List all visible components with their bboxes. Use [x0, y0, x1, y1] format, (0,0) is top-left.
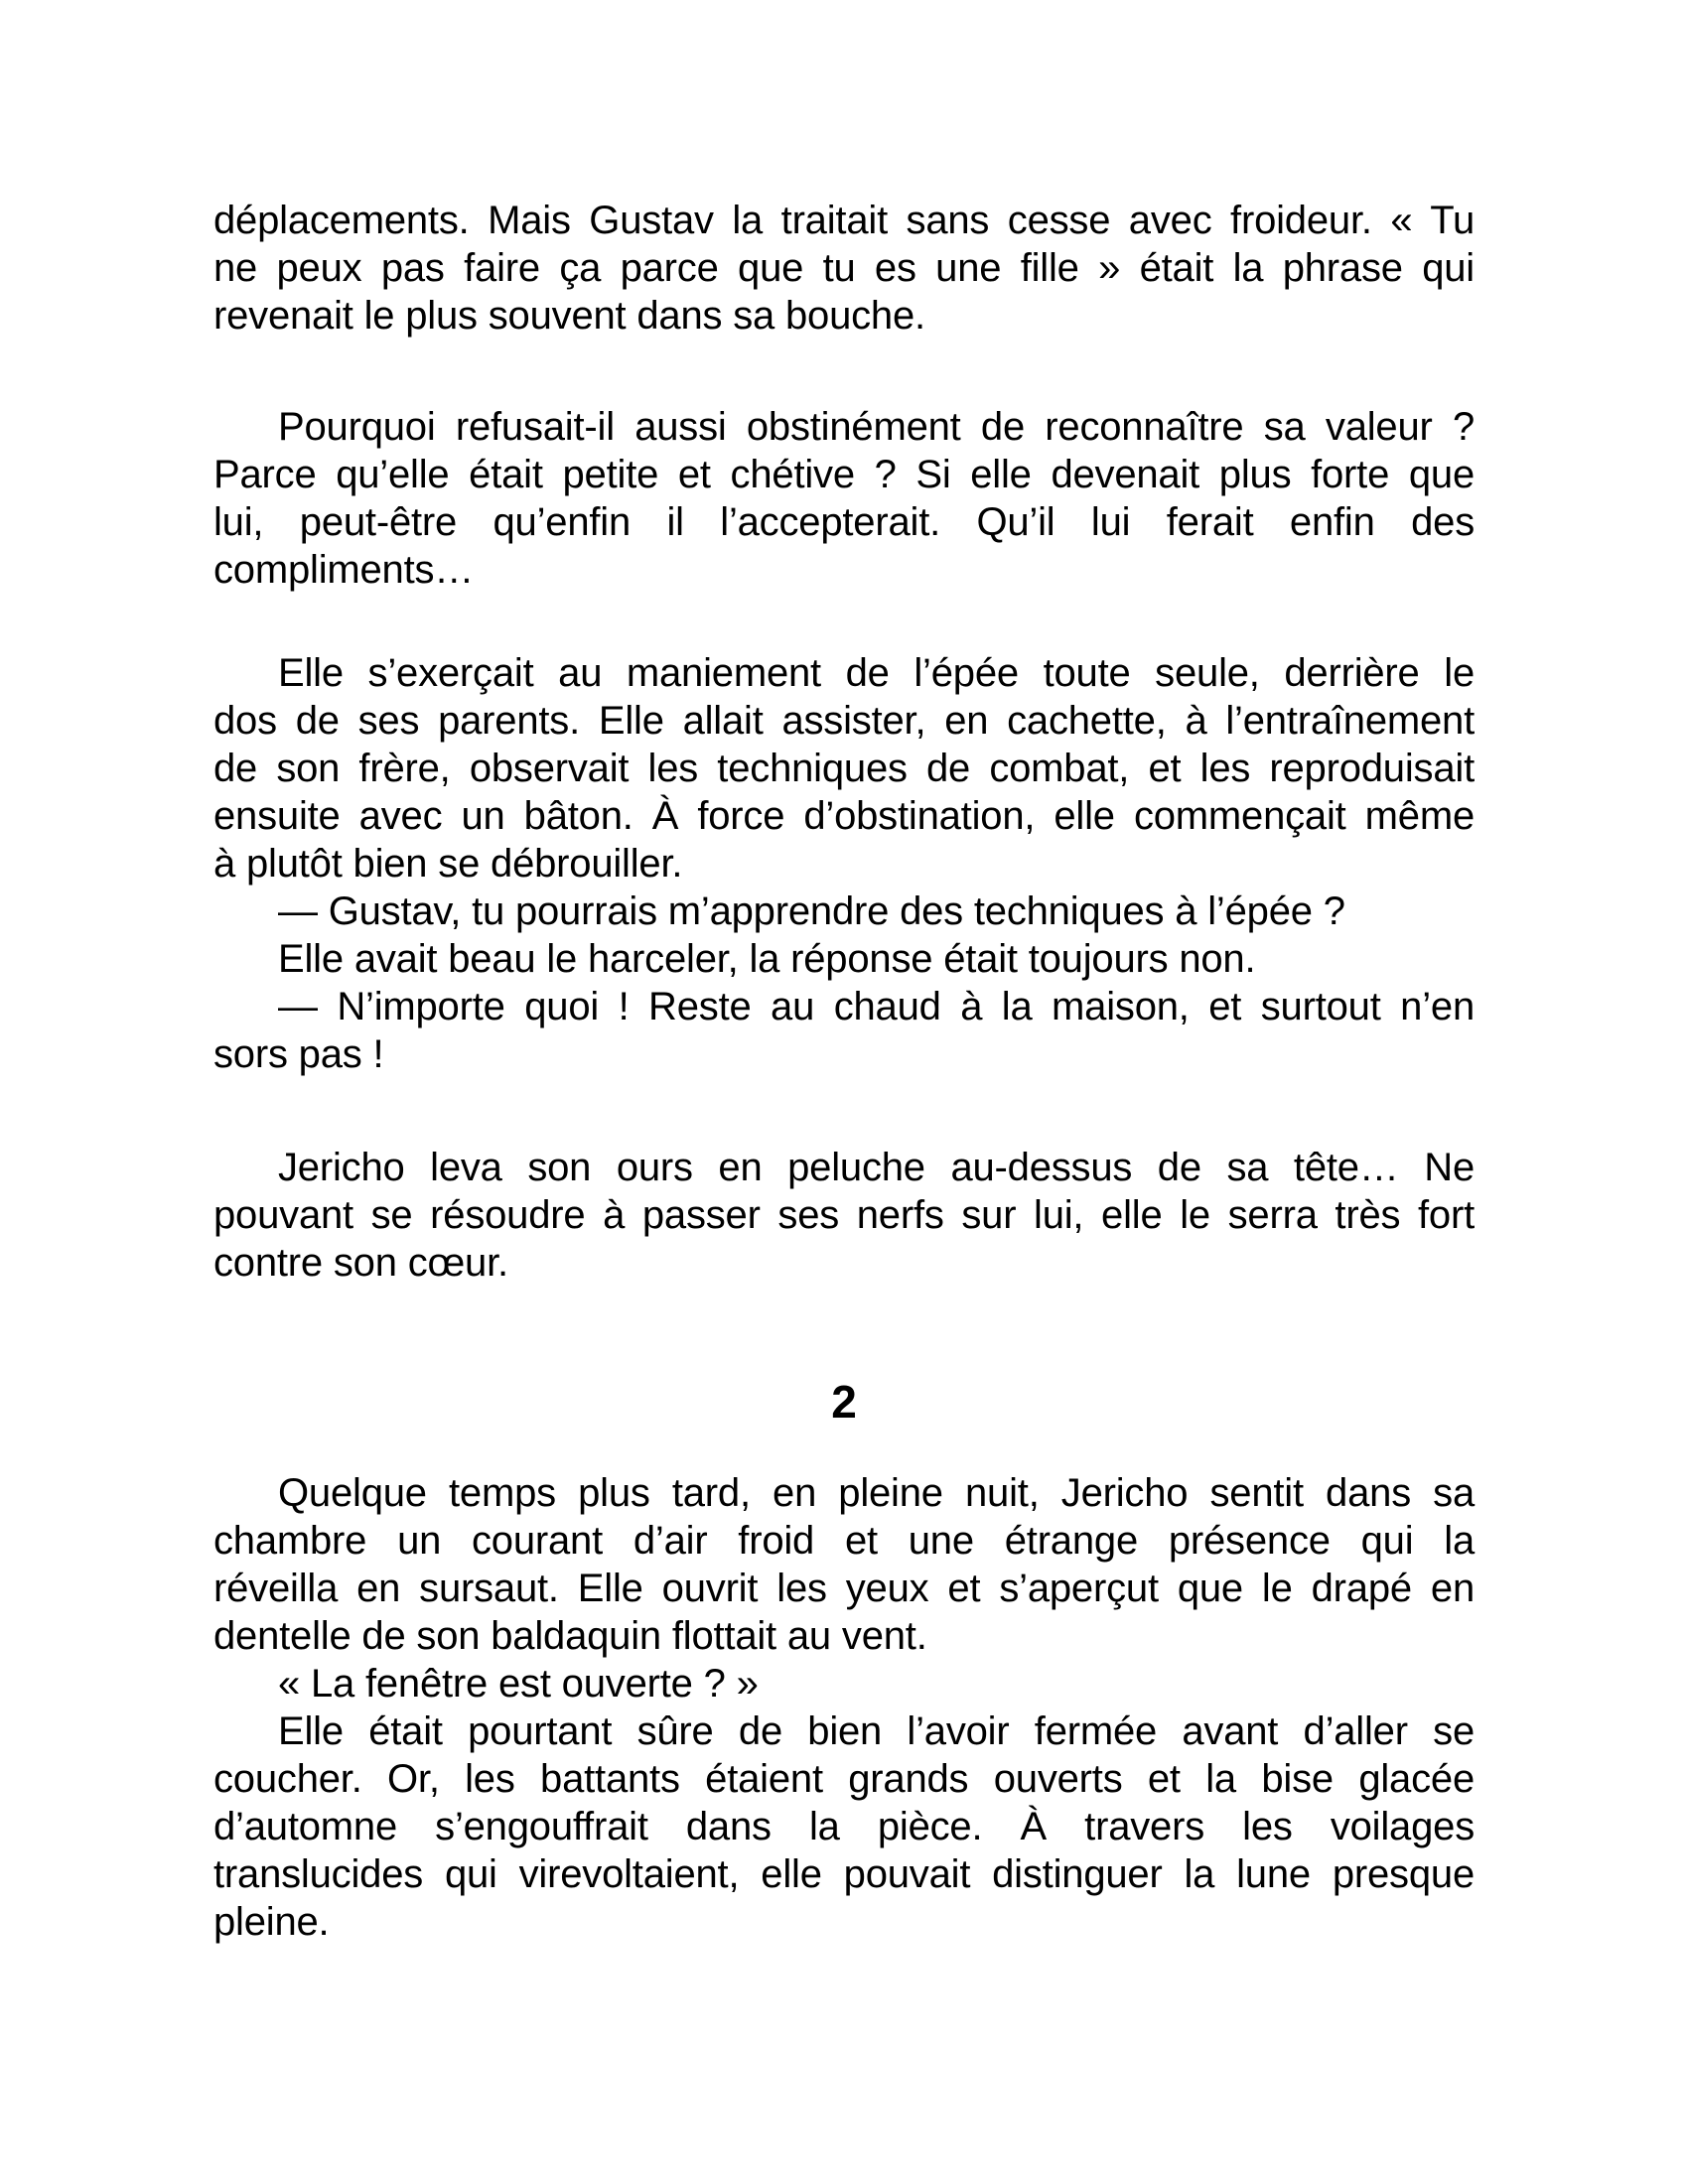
paragraph: Elle avait beau le harceler, la réponse …	[213, 935, 1475, 983]
text-line: réveilla en sursaut. Elle ouvrit les yeu…	[213, 1565, 1475, 1612]
text-line: lui, peut-être qu’enfin il l’accepterait…	[213, 498, 1475, 546]
text-line: d’automne s’engouffrait dans la pièce. À…	[213, 1803, 1475, 1850]
text-line: translucides qui virevoltaient, elle pou…	[213, 1850, 1475, 1898]
text-line: chambre un courant d’air froid et une ét…	[213, 1517, 1475, 1565]
text-line: ensuite avec un bâton. À force d’obstina…	[213, 792, 1475, 840]
text-line: « La fenêtre est ouverte ? »	[213, 1660, 1475, 1707]
text-line: pleine.	[213, 1898, 1475, 1946]
text-line: déplacements. Mais Gustav la traitait sa…	[213, 197, 1475, 244]
paragraph: Elle s’exerçait au maniement de l’épée t…	[213, 649, 1475, 887]
text-line: Elle s’exerçait au maniement de l’épée t…	[213, 649, 1475, 697]
text-line: pouvant se résoudre à passer ses nerfs s…	[213, 1191, 1475, 1239]
paragraph: Jericho leva son ours en peluche au-dess…	[213, 1144, 1475, 1287]
text-line: sors pas !	[213, 1030, 1475, 1078]
text-line: dentelle de son baldaquin flottait au ve…	[213, 1612, 1475, 1660]
text-line: Elle avait beau le harceler, la réponse …	[213, 935, 1475, 983]
text-line: à plutôt bien se débrouiller.	[213, 840, 1475, 887]
paragraph: Quelque temps plus tard, en pleine nuit,…	[213, 1469, 1475, 1660]
text-line: compliments…	[213, 546, 1475, 594]
paragraph: — Gustav, tu pourrais m’apprendre des te…	[213, 887, 1475, 935]
text-line: — Gustav, tu pourrais m’apprendre des te…	[213, 887, 1475, 935]
chapter-heading: 2	[213, 1376, 1475, 1428]
text-line: coucher. Or, les battants étaient grands…	[213, 1755, 1475, 1803]
text-line: ne peux pas faire ça parce que tu es une…	[213, 244, 1475, 292]
page-text: déplacements. Mais Gustav la traitait sa…	[213, 197, 1475, 1946]
paragraph: — N’importe quoi ! Reste au chaud à la m…	[213, 983, 1475, 1078]
text-line: Parce qu’elle était petite et chétive ? …	[213, 451, 1475, 498]
text-line: contre son cœur.	[213, 1239, 1475, 1287]
text-line: Quelque temps plus tard, en pleine nuit,…	[213, 1469, 1475, 1517]
paragraph: Elle était pourtant sûre de bien l’avoir…	[213, 1707, 1475, 1946]
text-line: Pourquoi refusait-il aussi obstinément d…	[213, 403, 1475, 451]
text-line: revenait le plus souvent dans sa bouche.	[213, 292, 1475, 340]
paragraph: déplacements. Mais Gustav la traitait sa…	[213, 197, 1475, 340]
paragraph: Pourquoi refusait-il aussi obstinément d…	[213, 403, 1475, 594]
text-line: de son frère, observait les techniques d…	[213, 745, 1475, 792]
text-line: Elle était pourtant sûre de bien l’avoir…	[213, 1707, 1475, 1755]
text-line: — N’importe quoi ! Reste au chaud à la m…	[213, 983, 1475, 1030]
text-line: Jericho leva son ours en peluche au-dess…	[213, 1144, 1475, 1191]
paragraph: « La fenêtre est ouverte ? »	[213, 1660, 1475, 1707]
book-page: déplacements. Mais Gustav la traitait sa…	[0, 0, 1688, 2184]
text-line: dos de ses parents. Elle allait assister…	[213, 697, 1475, 745]
